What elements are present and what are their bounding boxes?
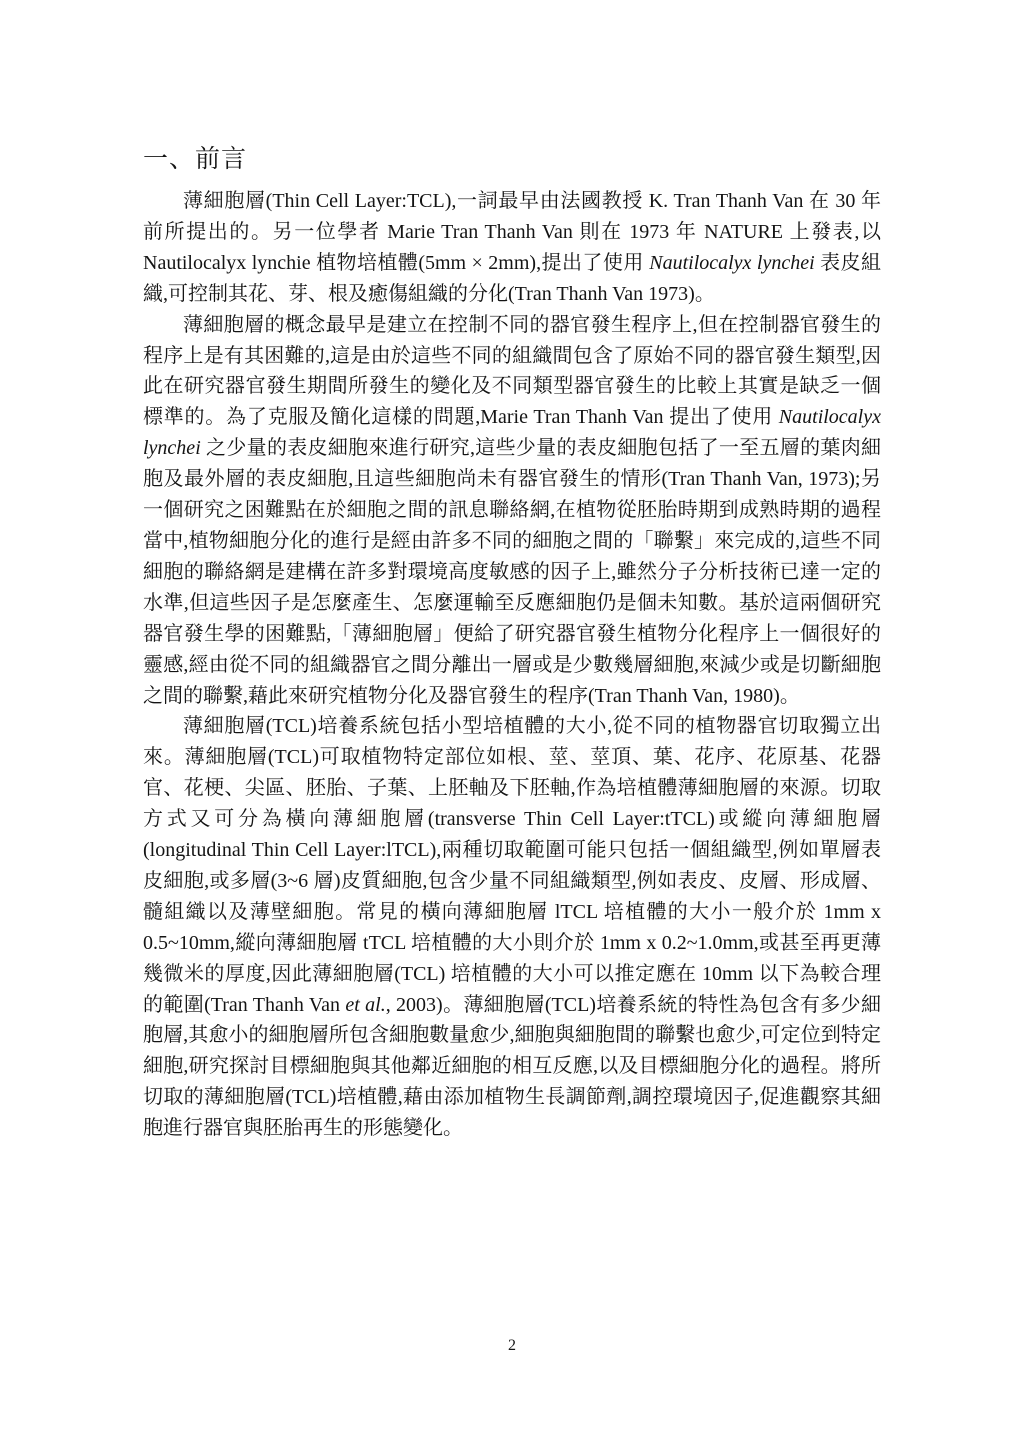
text-run: 薄細胞層(TCL)培養系統包括小型培植體的大小,從不同的植物器官切取獨立出來。薄… — [143, 715, 881, 1015]
text-run: 薄細胞層的概念最早是建立在控制不同的器官發生程序上,但在控制器官發生的程序上是有… — [143, 314, 881, 429]
text-run: 之少量的表皮細胞來進行研究,這些少量的表皮細胞包括了一至五層的葉肉細胞及最外層的… — [143, 437, 881, 706]
paragraph: 薄細胞層(TCL)培養系統包括小型培植體的大小,從不同的植物器官切取獨立出來。薄… — [143, 711, 881, 1144]
paragraph: 薄細胞層(Thin Cell Layer:TCL),一詞最早由法國教授 K. T… — [143, 186, 881, 310]
page-number: 2 — [508, 1337, 516, 1354]
section-heading: 一、前言 — [143, 139, 247, 175]
body-text: 薄細胞層(Thin Cell Layer:TCL),一詞最早由法國教授 K. T… — [143, 186, 881, 1144]
paragraph: 薄細胞層的概念最早是建立在控制不同的器官發生程序上,但在控制器官發生的程序上是有… — [143, 310, 881, 712]
page-footer: 2 — [0, 1337, 1024, 1355]
italic-text-run: et al. — [345, 994, 385, 1016]
document-page: 一、前言 薄細胞層(Thin Cell Layer:TCL),一詞最早由法國教授… — [0, 0, 1024, 1448]
italic-text-run: Nautilocalyx lynchei — [649, 252, 814, 274]
